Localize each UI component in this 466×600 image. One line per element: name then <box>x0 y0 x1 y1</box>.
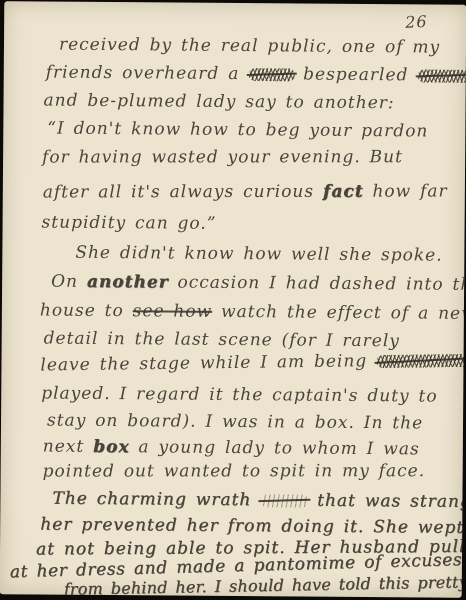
handwritten-text: box <box>93 437 130 457</box>
manuscript-line: “I don't know how to beg your pardon <box>47 120 428 142</box>
manuscript-line: On another occasion I had dashed into th… <box>51 273 466 295</box>
handwritten-text: see how <box>133 301 213 322</box>
manuscript-line: She didn't know how well she spoke. <box>75 244 442 266</box>
handwritten-text: fact <box>323 182 364 202</box>
photographed-manuscript: 26 received by the real public, one of m… <box>0 0 466 600</box>
manuscript-line: detail in the last scene (for I rarely <box>44 330 400 351</box>
handwritten-text: watch the effect of a new <box>212 302 466 324</box>
handwritten-text: received by the real public, one of my <box>59 35 440 58</box>
handwritten-text: and be-plumed lady say to another: <box>43 91 394 114</box>
manuscript-line: The charming wrath that was strangling <box>52 490 466 512</box>
manuscript-line: played. I regard it the captain's duty t… <box>41 384 438 406</box>
manuscript-paper: 26 received by the real public, one of m… <box>0 1 466 598</box>
scratched-out-word <box>248 68 294 81</box>
manuscript-line: pointed out wanted to spit in my face. <box>43 462 426 481</box>
handwritten-text: that was strangling <box>308 491 466 513</box>
handwritten-text: occasion I had dashed into the <box>169 272 466 294</box>
handwritten-text: stay on board). I was in a box. In the <box>47 411 423 434</box>
manuscript-lines: received by the real public, one of myfr… <box>4 1 466 5</box>
handwritten-text: played. I regard it the captain's duty t… <box>41 383 438 406</box>
handwritten-text: She didn't know how well she spoke. <box>75 243 442 266</box>
manuscript-line: leave the stage while I am being <box>40 351 466 375</box>
scratched-out-word <box>417 69 466 82</box>
handwritten-text: next <box>43 437 93 457</box>
manuscript-line: for having wasted your evening. But <box>42 148 403 167</box>
handwritten-text: “I don't know how to beg your pardon <box>47 119 428 142</box>
manuscript-line: next box a young lady to whom I was <box>43 438 420 460</box>
handwritten-text: another <box>87 272 169 293</box>
scratched-out-word <box>260 494 308 507</box>
handwritten-text: detail in the last scene (for I rarely <box>44 329 400 352</box>
manuscript-line: received by the real public, one of my <box>59 36 440 58</box>
manuscript-line: friends overheard a bespearled <box>46 64 466 86</box>
handwritten-text: leave the stage while I am being <box>40 351 376 375</box>
handwritten-text: pointed out wanted to spit in my face. <box>43 461 426 481</box>
handwritten-text: a young lady to whom I was <box>129 437 419 459</box>
handwritten-text: house to <box>40 300 133 321</box>
handwritten-text: how far <box>364 181 448 201</box>
handwritten-text: The charming wrath <box>52 489 260 511</box>
handwritten-text: bespearled <box>294 64 417 85</box>
manuscript-line: stay on board). I was in a box. In the <box>47 412 423 434</box>
handwritten-text: her prevented her from doing it. She wep… <box>40 514 464 537</box>
manuscript-line: after all it's always curious fact how f… <box>43 182 448 202</box>
handwritten-text: friends overheard a <box>46 63 249 85</box>
scratched-out-word <box>376 354 466 368</box>
page-number: 26 <box>405 12 428 32</box>
handwritten-text: On <box>51 272 87 292</box>
handwritten-text: stupidity can go.” <box>42 212 217 233</box>
manuscript-line: house to see how watch the effect of a n… <box>40 301 466 323</box>
manuscript-line: stupidity can go.” <box>42 213 217 233</box>
handwritten-text: for having wasted your evening. But <box>42 147 403 167</box>
manuscript-line: her prevented her from doing it. She wep… <box>40 515 464 537</box>
handwritten-text: after all it's always curious <box>43 182 323 203</box>
manuscript-line: and be-plumed lady say to another: <box>43 92 394 113</box>
